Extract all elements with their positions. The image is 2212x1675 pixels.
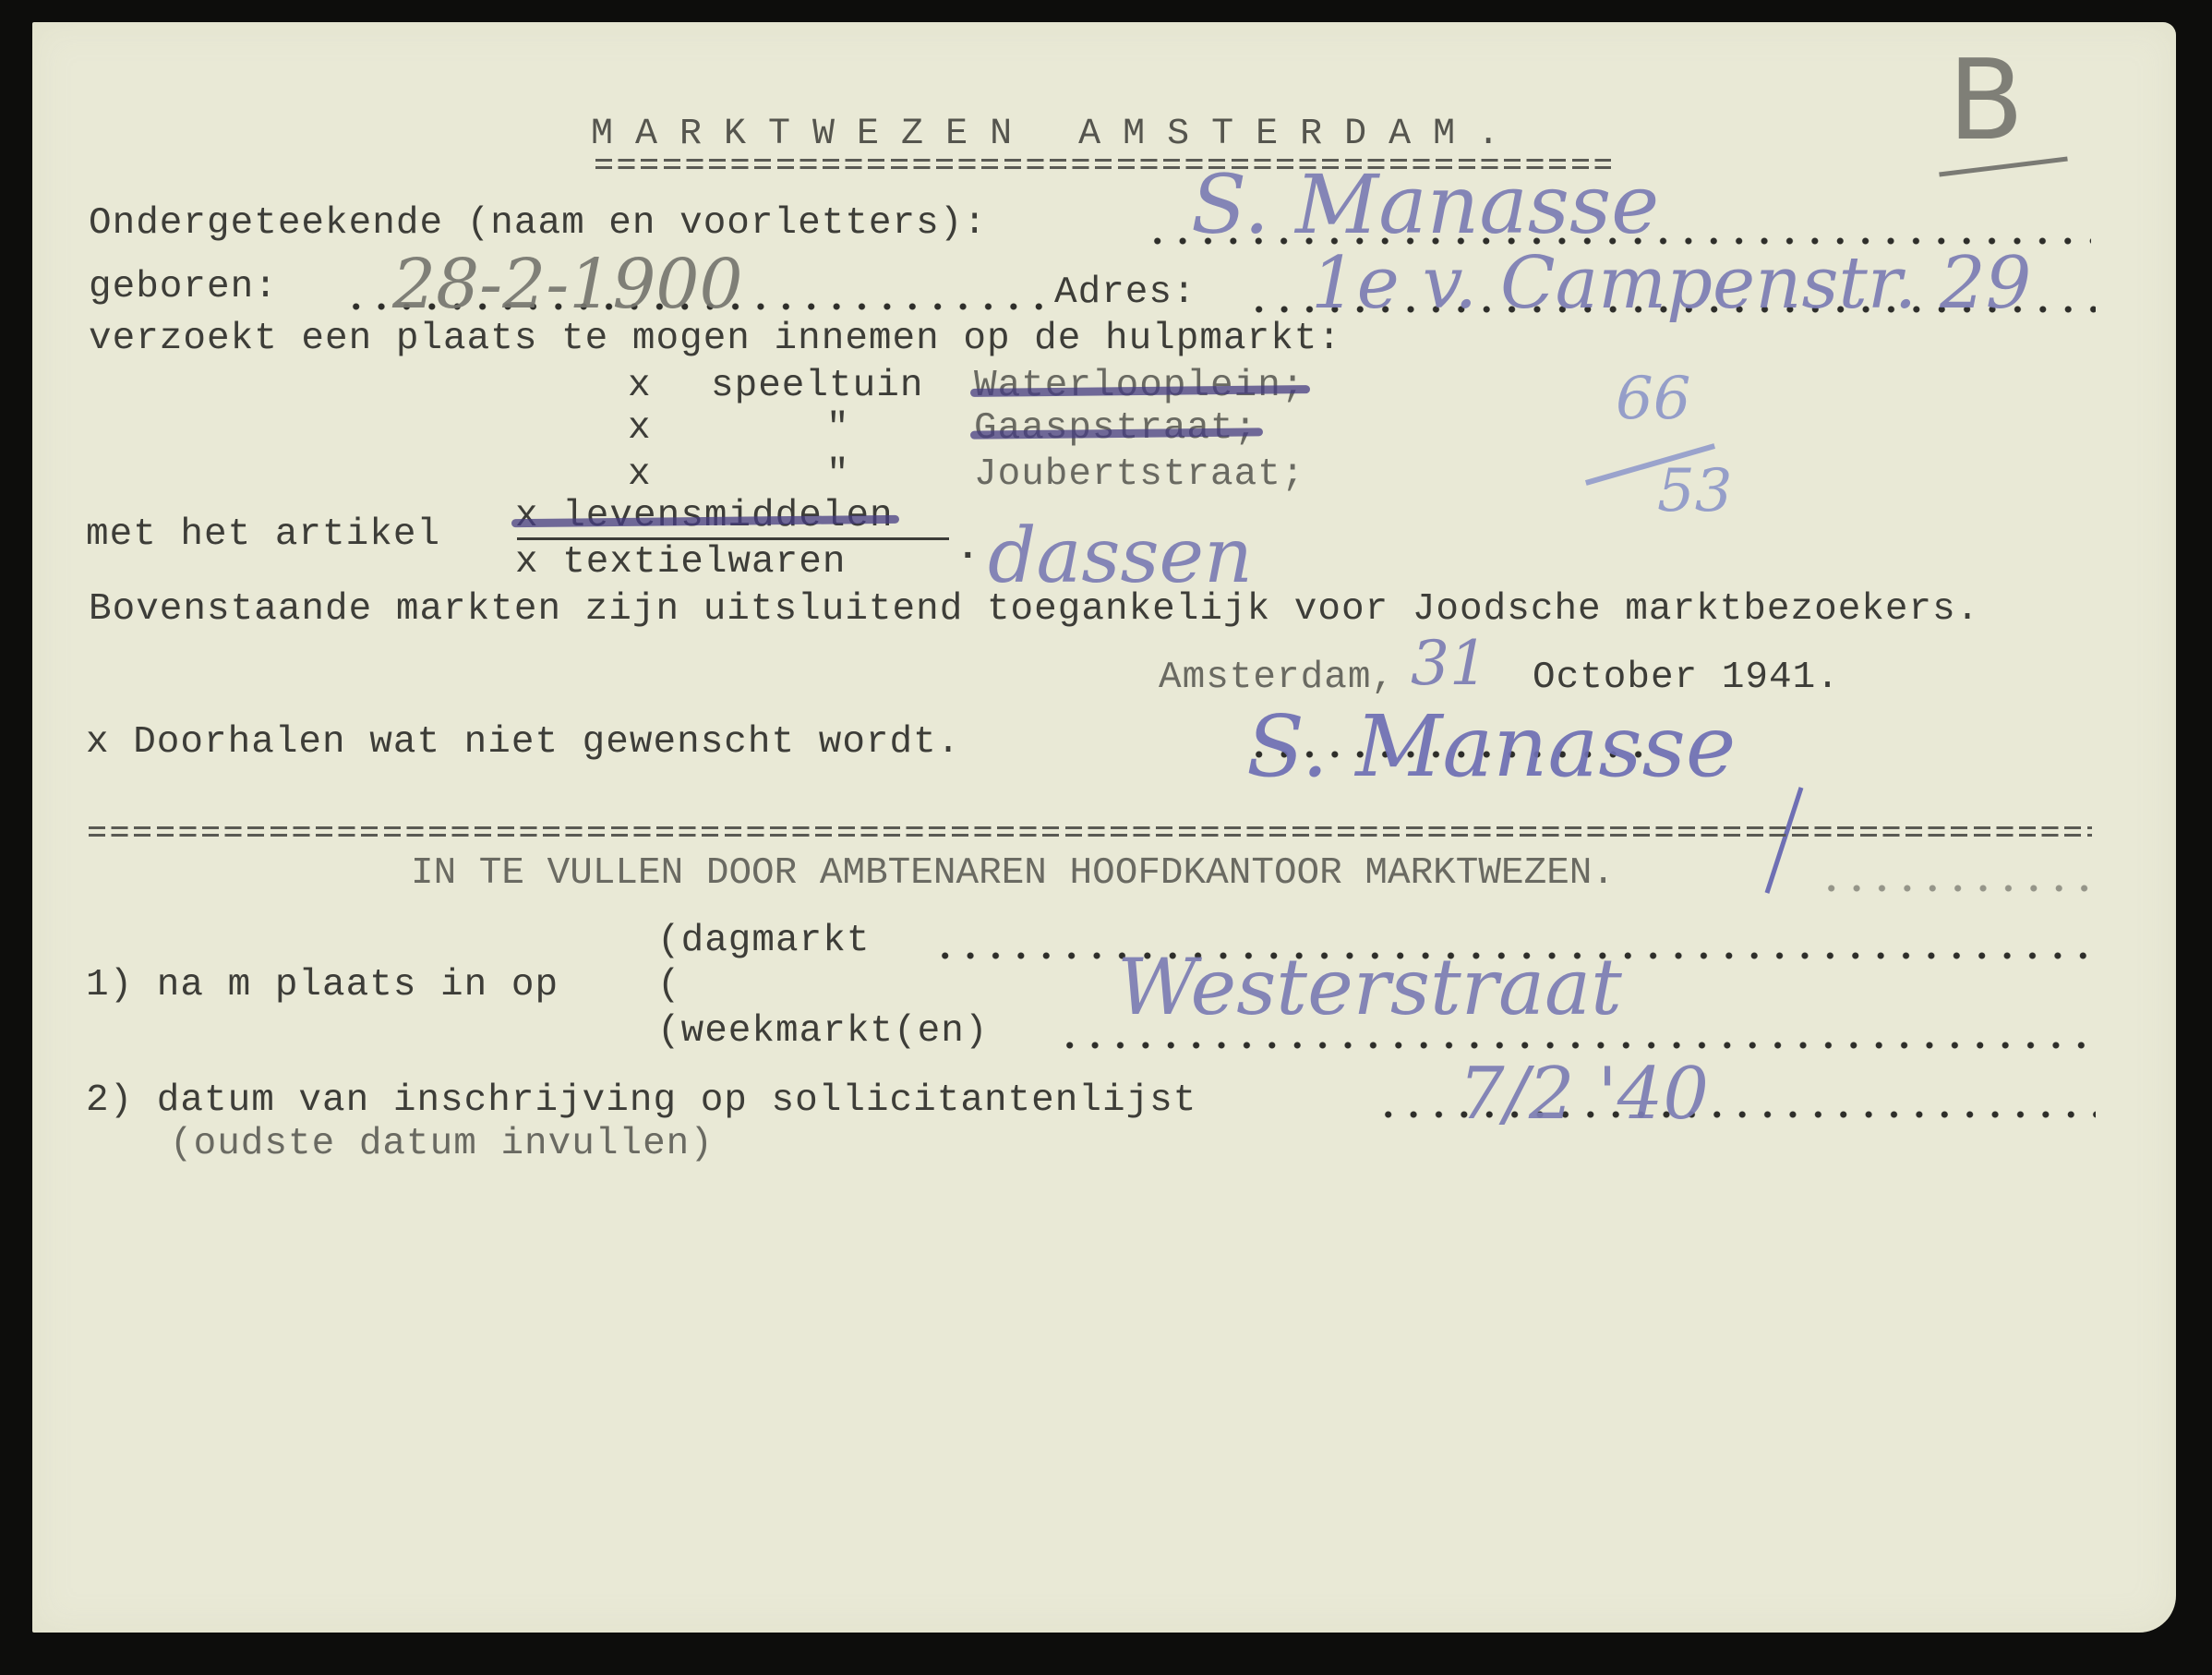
date-day-handwritten: 31 <box>1411 628 1488 699</box>
item2-label: 2) datum van inschrijving op sollicitant… <box>86 1079 1196 1123</box>
born-label: geboren: <box>89 265 278 309</box>
applicant-label: Ondergeteekende (naam en voorletters): <box>89 201 987 246</box>
place-date-prefix: Amsterdam, <box>1159 656 1395 700</box>
dagmarkt-label: (dagmarkt <box>657 919 870 963</box>
article-option-2: x textielwaren <box>515 540 846 584</box>
market-name-3: Joubertstraat; <box>974 452 1304 497</box>
market-prefix-1: speeltuin <box>711 364 923 408</box>
signature-handwritten: S. Manasse <box>1246 697 1736 796</box>
office-heading-dots <box>1819 884 2096 893</box>
document-title: M A R K T W E Z E N A M S T E R D A M . <box>591 113 1499 157</box>
market-name-2: Gaaspstraat; <box>974 407 1257 450</box>
item2-value-handwritten: 7/2 '40 <box>1459 1053 1709 1136</box>
article-period: . <box>956 526 980 571</box>
weekmarkt-dotted-line <box>1057 1041 2096 1050</box>
article-label: met het artikel <box>86 512 440 557</box>
request-text: verzoekt een plaats te mogen innemen op … <box>89 317 1341 361</box>
notice-text: Bovenstaande markten zijn uitsluitend to… <box>89 587 1979 632</box>
strike-instruction: x Doorhalen wat niet gewenscht wordt. <box>86 720 960 765</box>
market-mark-1: x <box>628 364 652 408</box>
weekmarkt-value-handwritten: Westerstraat <box>1117 942 1622 1032</box>
item2-sub: (oudste datum invullen) <box>170 1122 714 1166</box>
market-name-1: Waterlooplein; <box>974 365 1304 407</box>
item1-bracket: ( <box>657 963 681 1007</box>
article-option-1: x levensmiddelen <box>515 495 894 537</box>
office-section-heading: IN TE VULLEN DOOR AMBTENAREN HOOFDKANTOO… <box>411 851 1615 896</box>
address-value-handwritten: 1e v. Campenstr. 29 <box>1311 242 2031 325</box>
market-waterlooplein: Waterlooplein; <box>974 364 1304 408</box>
section-separator <box>89 825 2092 837</box>
item1-label: 1) na m plaats in op <box>86 963 559 1007</box>
born-value-handwritten: 28-2-1900 <box>392 245 743 324</box>
corner-mark: B <box>1948 37 2024 165</box>
margin-note-numerator: 66 <box>1616 365 1690 433</box>
weekmarkt-label: (weekmarkt(en) <box>657 1009 988 1054</box>
address-label: Adres: <box>1054 271 1196 315</box>
market-mark-2: x <box>628 406 652 451</box>
market-prefix-3: " <box>826 452 850 497</box>
place-date-suffix: October 1941. <box>1533 656 1840 700</box>
market-prefix-2: " <box>826 406 850 451</box>
market-gaaspstraat: Gaaspstraat; <box>974 406 1257 451</box>
market-mark-3: x <box>628 452 652 497</box>
article-option-food: x levensmiddelen <box>515 494 894 538</box>
applicant-name-handwritten: S. Manasse <box>1191 157 1659 252</box>
margin-note-denominator: 53 <box>1657 457 1732 525</box>
